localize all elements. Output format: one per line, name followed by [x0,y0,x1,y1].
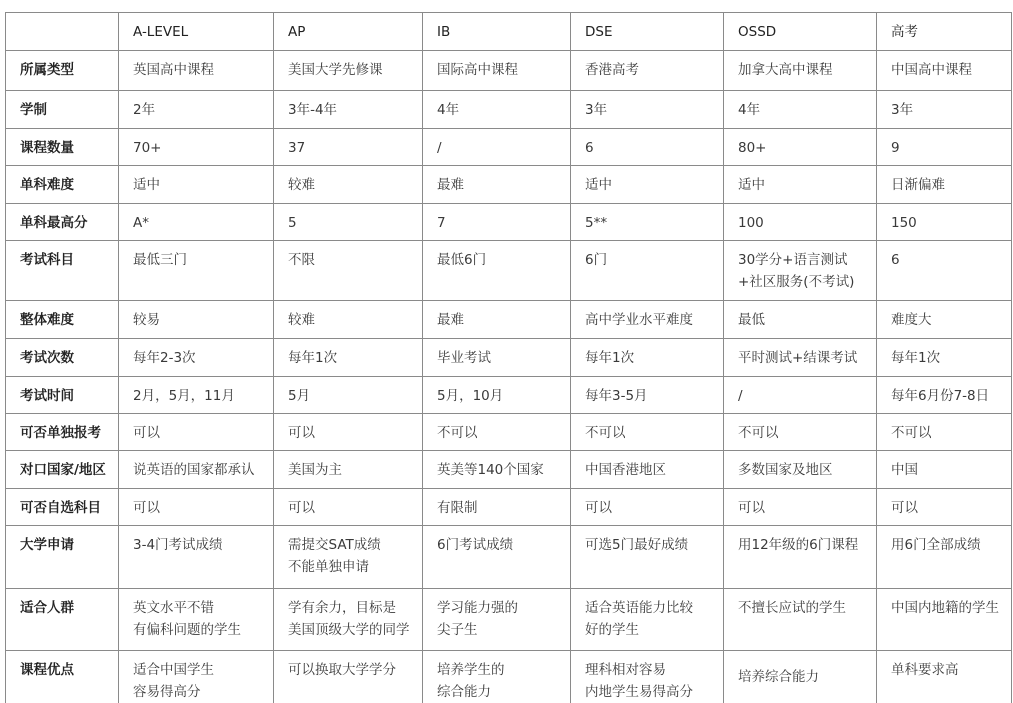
table-cell: 加拿大高中课程 [724,51,877,91]
table-cell: 难度大 [877,301,1012,339]
row-header: 课程优点 [6,651,119,703]
table-cell: 每年6月份7-8日 [877,377,1012,414]
cell-text: 不限 [288,241,422,271]
row-header: 可否单独报考 [6,414,119,451]
table-cell: 5月，10月 [423,377,571,414]
cell-text: 理科相对容易 内地学生易得高分 [585,651,723,703]
cell-text: 3-4门考试成绩 [133,526,273,556]
table-cell: 有限制 [423,489,571,526]
table-row-recognized-regions: 对口国家/地区说英语的国家都承认美国为主英美等140个国家中国香港地区多数国家及… [6,451,1012,489]
table-cell: 理科相对容易 内地学生易得高分 [571,651,724,703]
cell-text: 100 [738,204,876,234]
cell-text: 每年3-5月 [585,377,723,407]
table-cell: 不可以 [571,414,724,451]
table-cell: 最难 [423,301,571,339]
table-row-exam-time: 考试时间2月，5月，11月5月5月，10月每年3-5月/每年6月份7-8日 [6,377,1012,414]
cell-text: 3年 [585,91,723,121]
table-cell: / [423,129,571,166]
cell-text: 中国高中课程 [891,51,1011,81]
row-header: 整体难度 [6,301,119,339]
cell-text: 可以 [585,489,723,519]
table-cell: 中国香港地区 [571,451,724,489]
table-cell: 3年 [571,91,724,129]
cell-text: 美国为主 [288,451,422,481]
table-cell: 需提交SAT成绩 不能单独申请 [274,526,423,589]
row-header-label: 整体难度 [20,301,118,331]
table-cell: 高中学业水平难度 [571,301,724,339]
cell-text: 150 [891,204,1011,234]
table-cell: 5 [274,204,423,241]
table-cell: 用6门全部成绩 [877,526,1012,589]
row-header: 对口国家/地区 [6,451,119,489]
cell-text: A* [133,204,273,234]
cell-text: 30学分+语言测试 +社区服务(不考试) [738,241,876,293]
table-cell: 可以 [571,489,724,526]
cell-text: 单科要求高 [891,651,1011,681]
cell-text: 最低三门 [133,241,273,271]
table-row-course-count: 课程数量70+37/680+9 [6,129,1012,166]
cell-text: 用6门全部成绩 [891,526,1011,556]
column-header-ap: AP [274,13,423,51]
table-cell: 可以 [274,489,423,526]
table-cell: 培养综合能力 [724,651,877,703]
table-cell: 美国大学先修课 [274,51,423,91]
row-header: 单科难度 [6,166,119,204]
row-header: 单科最高分 [6,204,119,241]
table-cell: 2年 [119,91,274,129]
cell-text: 6门 [585,241,723,271]
table-cell: 英文水平不错 有偏科问题的学生 [119,589,274,651]
table-cell: 可以 [724,489,877,526]
row-header: 考试科目 [6,241,119,301]
cell-text: 不可以 [891,414,1011,444]
column-header-gaokao: 高考 [877,13,1012,51]
table-cell: 适中 [119,166,274,204]
table-cell: 3-4门考试成绩 [119,526,274,589]
cell-text: 学有余力，目标是 美国顶级大学的同学 [288,589,422,641]
table-cell: 可选5门最好成绩 [571,526,724,589]
table-cell: 最低6门 [423,241,571,301]
table-cell: 不可以 [423,414,571,451]
table-row-advantages: 课程优点适合中国学生 容易得高分可以换取大学学分培养学生的 综合能力理科相对容易… [6,651,1012,703]
row-header: 考试次数 [6,339,119,377]
cell-text: 5月 [288,377,422,407]
cell-text: 英国高中课程 [133,51,273,81]
row-header-label: 适合人群 [20,589,118,619]
table-cell: 最低三门 [119,241,274,301]
cell-text: 2月，5月，11月 [133,377,273,407]
row-header: 课程数量 [6,129,119,166]
table-cell: 100 [724,204,877,241]
table-row-standalone-registration: 可否单独报考可以可以不可以不可以不可以不可以 [6,414,1012,451]
table-cell: 70+ [119,129,274,166]
corner-cell [6,13,119,51]
cell-text: 较难 [288,301,422,331]
table-cell: 不可以 [724,414,877,451]
table-cell: 美国为主 [274,451,423,489]
cell-text: 不可以 [738,414,876,444]
table-cell: 单科要求高 [877,651,1012,703]
table-cell: 6 [571,129,724,166]
table-row-university-application: 大学申请3-4门考试成绩需提交SAT成绩 不能单独申请6门考试成绩可选5门最好成… [6,526,1012,589]
row-header-label: 课程优点 [20,651,118,681]
table-cell: 说英语的国家都承认 [119,451,274,489]
table-cell: 不擅长应试的学生 [724,589,877,651]
cell-text: 较难 [288,166,422,196]
table-cell: 可以换取大学学分 [274,651,423,703]
table-cell: 培养学生的 综合能力 [423,651,571,703]
cell-text: 可以 [891,489,1011,519]
cell-text: 5月，10月 [437,377,570,407]
row-header: 可否自选科目 [6,489,119,526]
row-header: 学制 [6,91,119,129]
table-row-duration: 学制2年3年-4年4年3年4年3年 [6,91,1012,129]
cell-text: 可以 [738,489,876,519]
row-header: 考试时间 [6,377,119,414]
cell-text: 可以 [133,414,273,444]
table-cell: 中国 [877,451,1012,489]
table-row-target-students: 适合人群英文水平不错 有偏科问题的学生学有余力，目标是 美国顶级大学的同学学习能… [6,589,1012,651]
row-header: 所属类型 [6,51,119,91]
row-header-label: 对口国家/地区 [20,451,118,481]
cell-text: 中国 [891,451,1011,481]
table-cell: 用12年级的6门课程 [724,526,877,589]
header-row: A-LEVEL AP IB DSE OSSD 高考 [6,13,1012,51]
cell-text: 可以换取大学学分 [288,651,422,681]
cell-text: 美国大学先修课 [288,51,422,81]
cell-text: 9 [891,129,1011,159]
cell-text: 3年 [891,91,1011,121]
cell-text: 多数国家及地区 [738,451,876,481]
table-cell: 5月 [274,377,423,414]
table-cell: 37 [274,129,423,166]
table-cell: 可以 [119,414,274,451]
table-row-max-score: 单科最高分A*575**100150 [6,204,1012,241]
table-cell: 可以 [119,489,274,526]
table-cell: 最低 [724,301,877,339]
table-cell: 30学分+语言测试 +社区服务(不考试) [724,241,877,301]
row-header-label: 所属类型 [20,51,118,81]
cell-text: 每年6月份7-8日 [891,377,1011,407]
table-cell: 3年-4年 [274,91,423,129]
table-cell: 6门考试成绩 [423,526,571,589]
cell-text: 毕业考试 [437,339,570,369]
cell-text: 说英语的国家都承认 [133,451,273,481]
row-header-label: 考试时间 [20,377,118,407]
row-header-label: 可否单独报考 [20,414,118,444]
cell-text: 中国香港地区 [585,451,723,481]
cell-text: 培养学生的 综合能力 [437,651,570,703]
table-cell: 毕业考试 [423,339,571,377]
cell-text: 有限制 [437,489,570,519]
column-header-dse: DSE [571,13,724,51]
row-header-label: 学制 [20,91,118,121]
table-cell: 9 [877,129,1012,166]
cell-text: 6 [891,241,1011,271]
cell-text: 2年 [133,91,273,121]
cell-text: 最难 [437,301,570,331]
cell-text: 70+ [133,129,273,159]
cell-text: 适合中国学生 容易得高分 [133,651,273,703]
cell-text: 3年-4年 [288,91,422,121]
row-header-label: 单科最高分 [20,204,118,234]
cell-text: 不可以 [585,414,723,444]
table-row-overall-difficulty: 整体难度较易较难最难高中学业水平难度最低难度大 [6,301,1012,339]
table-cell: / [724,377,877,414]
cell-text: 可以 [133,489,273,519]
cell-text: 较易 [133,301,273,331]
cell-text: 可以 [288,489,422,519]
cell-text: / [738,377,876,407]
cell-text: 日渐偏难 [891,166,1011,196]
cell-text: 需提交SAT成绩 不能单独申请 [288,526,422,578]
row-header: 大学申请 [6,526,119,589]
table-cell: 每年3-5月 [571,377,724,414]
cell-text: 37 [288,129,422,159]
cell-text: 每年1次 [891,339,1011,369]
table-cell: 可以 [274,414,423,451]
curriculum-comparison-table: A-LEVEL AP IB DSE OSSD 高考 所属类型英国高中课程美国大学… [5,12,1012,703]
cell-text: 每年1次 [585,339,723,369]
cell-text: 英美等140个国家 [437,451,570,481]
cell-text: 6 [585,129,723,159]
table-cell: 4年 [423,91,571,129]
table-cell: 6门 [571,241,724,301]
table-cell: 80+ [724,129,877,166]
table-cell: 150 [877,204,1012,241]
cell-text: 用12年级的6门课程 [738,526,876,556]
cell-text: 英文水平不错 有偏科问题的学生 [133,589,273,641]
table-cell: 较难 [274,166,423,204]
table-cell: 适合英语能力比较 好的学生 [571,589,724,651]
table-cell: 较易 [119,301,274,339]
table-cell: A* [119,204,274,241]
table-cell: 学有余力，目标是 美国顶级大学的同学 [274,589,423,651]
table-cell: 多数国家及地区 [724,451,877,489]
cell-text: 4年 [738,91,876,121]
cell-text: 7 [437,204,570,234]
table-cell: 每年1次 [877,339,1012,377]
cell-text: 加拿大高中课程 [738,51,876,81]
table-row-type: 所属类型英国高中课程美国大学先修课国际高中课程香港高考加拿大高中课程中国高中课程 [6,51,1012,91]
row-header-label: 课程数量 [20,129,118,159]
cell-text: 适中 [133,166,273,196]
table-cell: 中国高中课程 [877,51,1012,91]
cell-text: 每年1次 [288,339,422,369]
cell-text: 适合英语能力比较 好的学生 [585,589,723,641]
table-row-exam-frequency: 考试次数每年2-3次每年1次毕业考试每年1次平时测试+结课考试每年1次 [6,339,1012,377]
cell-text: 可以 [288,414,422,444]
cell-text: 最低 [738,301,876,331]
cell-text: 不擅长应试的学生 [738,589,876,619]
cell-text: / [437,129,570,159]
table-cell: 较难 [274,301,423,339]
table-cell: 香港高考 [571,51,724,91]
table-cell: 不限 [274,241,423,301]
cell-text: 每年2-3次 [133,339,273,369]
cell-text: 高中学业水平难度 [585,301,723,331]
cell-text: 适中 [738,166,876,196]
cell-text: 5 [288,204,422,234]
cell-text: 6门考试成绩 [437,526,570,556]
table-cell: 英国高中课程 [119,51,274,91]
cell-text: 适中 [585,166,723,196]
cell-text: 最难 [437,166,570,196]
table-cell: 6 [877,241,1012,301]
row-header-label: 大学申请 [20,526,118,556]
cell-text: 中国内地籍的学生 [891,589,1011,619]
cell-text: 平时测试+结课考试 [738,339,876,369]
cell-text: 培养综合能力 [738,666,876,688]
table-cell: 每年2-3次 [119,339,274,377]
cell-text: 5** [585,204,723,234]
table-cell: 学习能力强的 尖子生 [423,589,571,651]
table-cell: 中国内地籍的学生 [877,589,1012,651]
table-cell: 可以 [877,489,1012,526]
table-cell: 每年1次 [571,339,724,377]
table-cell: 适中 [571,166,724,204]
table-cell: 日渐偏难 [877,166,1012,204]
table-cell: 英美等140个国家 [423,451,571,489]
table-row-exam-subjects: 考试科目最低三门不限最低6门6门30学分+语言测试 +社区服务(不考试)6 [6,241,1012,301]
cell-text: 香港高考 [585,51,723,81]
table-row-subject-difficulty: 单科难度适中较难最难适中适中日渐偏难 [6,166,1012,204]
column-header-ossd: OSSD [724,13,877,51]
cell-text: 国际高中课程 [437,51,570,81]
table-cell: 适中 [724,166,877,204]
table-cell: 每年1次 [274,339,423,377]
row-header-label: 考试科目 [20,241,118,271]
table-cell: 5** [571,204,724,241]
row-header-label: 考试次数 [20,339,118,369]
cell-text: 不可以 [437,414,570,444]
row-header-label: 可否自选科目 [20,489,118,519]
table-row-elective-subjects: 可否自选科目可以可以有限制可以可以可以 [6,489,1012,526]
table-cell: 7 [423,204,571,241]
cell-text: 80+ [738,129,876,159]
cell-text: 最低6门 [437,241,570,271]
table-cell: 最难 [423,166,571,204]
table-cell: 不可以 [877,414,1012,451]
column-header-alevel: A-LEVEL [119,13,274,51]
table-cell: 适合中国学生 容易得高分 [119,651,274,703]
cell-text: 学习能力强的 尖子生 [437,589,570,641]
table-cell: 平时测试+结课考试 [724,339,877,377]
table-cell: 3年 [877,91,1012,129]
table-cell: 国际高中课程 [423,51,571,91]
row-header-label: 单科难度 [20,166,118,196]
cell-text: 4年 [437,91,570,121]
table-cell: 2月，5月，11月 [119,377,274,414]
cell-text: 可选5门最好成绩 [585,526,723,556]
column-header-ib: IB [423,13,571,51]
table-cell: 4年 [724,91,877,129]
cell-text: 难度大 [891,301,1011,331]
row-header: 适合人群 [6,589,119,651]
